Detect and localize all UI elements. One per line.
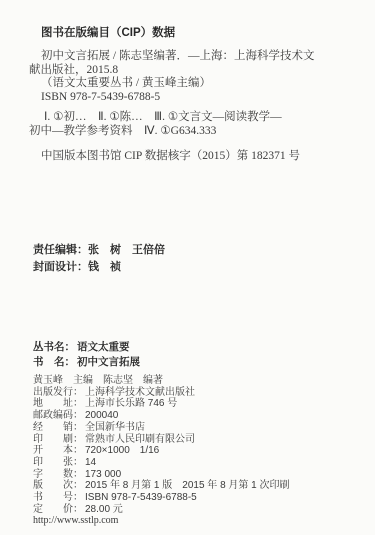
- publisher-website-url: http://www.sstlp.com: [33, 515, 355, 527]
- pub-row-publisher: 出版发行：上海科学技术文献出版社: [33, 387, 355, 399]
- pub-label-sheets: 印 张：: [33, 457, 85, 469]
- pub-value-printer: 常熟市人民印刷有限公司: [85, 434, 195, 445]
- pub-label-isbn: 书 号：: [33, 492, 85, 504]
- cip-classification-line-1: Ⅰ. ①初… Ⅱ. ①陈… Ⅲ. ①文言文—阅读教学—: [44, 111, 355, 125]
- pub-label-distributor: 经 销：: [33, 422, 85, 434]
- pub-value-postcode: 200040: [85, 410, 118, 421]
- pub-label-publisher: 出版发行：: [33, 387, 85, 399]
- cip-record-number: 中国版本图书馆 CIP 数据核字（2015）第 182371 号: [41, 150, 355, 164]
- cip-classification-line-2: 初中—教学参考资料 Ⅳ. ①G634.333: [29, 125, 355, 139]
- credits-editor-label: 责任编辑：: [33, 244, 88, 256]
- pub-value-isbn: ISBN 978-7-5439-6788-5: [85, 492, 197, 503]
- pub-value-edition: 2015 年 8 月第 1 版 2015 年 8 月第 1 次印刷: [85, 480, 290, 491]
- pub-label-wordcount: 字 数：: [33, 469, 85, 481]
- pub-row-sheets: 印 张：14: [33, 457, 355, 469]
- pub-label-edition: 版 次：: [33, 480, 85, 492]
- pub-label-format: 开 本：: [33, 445, 85, 457]
- pub-row-address: 地 址：上海市长乐路 746 号: [33, 398, 355, 410]
- pub-label-printer: 印 刷：: [33, 434, 85, 446]
- pub-label-address: 地 址：: [33, 398, 85, 410]
- credits-editor-value: 张 树 王倍倍: [88, 244, 165, 256]
- pub-label-price: 定 价：: [33, 504, 85, 516]
- pub-row-wordcount: 字 数：173 000: [33, 469, 355, 481]
- credits-row-cover: 封面设计：钱 祯: [33, 259, 355, 276]
- book-name-label: 书 名：: [33, 355, 77, 370]
- cip-block: 图书在版编目（CIP）数据 初中文言拓展 / 陈志坚编著．—上海：上海科学技术文…: [29, 26, 355, 163]
- credits-row-editor: 责任编辑：张 树 王倍倍: [33, 242, 355, 259]
- cip-classification: Ⅰ. ①初… Ⅱ. ①陈… Ⅲ. ①文言文—阅读教学— 初中—教学参考资料 Ⅳ.…: [29, 111, 355, 138]
- publication-block: 黄玉峰 主编 陈志坚 编著 出版发行：上海科学技术文献出版社 地 址：上海市长乐…: [33, 375, 355, 527]
- authors-line: 黄玉峰 主编 陈志坚 编著: [33, 375, 355, 387]
- series-name-label: 丛书名：: [33, 340, 77, 355]
- cip-description-line-1: 初中文言拓展 / 陈志坚编著．—上海：上海科学技术文: [41, 50, 355, 64]
- pub-value-address: 上海市长乐路 746 号: [85, 398, 177, 409]
- series-name-value: 语文太重要: [77, 341, 130, 353]
- pub-value-wordcount: 173 000: [85, 469, 121, 480]
- pub-row-price: 定 价：28.00 元: [33, 504, 355, 516]
- series-name-row: 丛书名：语文太重要: [33, 340, 355, 355]
- credits-cover-value: 钱 祯: [88, 261, 121, 273]
- book-name-row: 书 名：初中文言拓展: [33, 355, 355, 370]
- pub-row-distributor: 经 销：全国新华书店: [33, 422, 355, 434]
- credits-block: 责任编辑：张 树 王倍倍 封面设计：钱 祯: [33, 242, 355, 276]
- book-names-block: 丛书名：语文太重要 书 名：初中文言拓展: [33, 340, 355, 370]
- pub-value-price: 28.00 元: [85, 504, 123, 515]
- book-copyright-page: 图书在版编目（CIP）数据 初中文言拓展 / 陈志坚编著．—上海：上海科学技术文…: [0, 0, 375, 535]
- book-name-value: 初中文言拓展: [77, 356, 140, 368]
- pub-row-postcode: 邮政编码：200040: [33, 410, 355, 422]
- pub-row-isbn: 书 号：ISBN 978-7-5439-6788-5: [33, 492, 355, 504]
- cip-description-line-2: 献出版社，2015.8: [29, 64, 355, 78]
- cip-heading: 图书在版编目（CIP）数据: [41, 26, 355, 40]
- pub-row-format: 开 本：720×1000 1/16: [33, 445, 355, 457]
- cip-description: 初中文言拓展 / 陈志坚编著．—上海：上海科学技术文 献出版社，2015.8 （…: [29, 50, 355, 104]
- pub-label-postcode: 邮政编码：: [33, 410, 85, 422]
- pub-value-distributor: 全国新华书店: [85, 422, 145, 433]
- cip-isbn: ISBN 978-7-5439-6788-5: [41, 91, 355, 105]
- cip-series-note: （语文太重要丛书 / 黄玉峰主编）: [41, 77, 355, 91]
- pub-value-publisher: 上海科学技术文献出版社: [85, 387, 195, 398]
- pub-row-edition: 版 次：2015 年 8 月第 1 版 2015 年 8 月第 1 次印刷: [33, 480, 355, 492]
- pub-value-sheets: 14: [85, 457, 96, 468]
- pub-row-printer: 印 刷：常熟市人民印刷有限公司: [33, 434, 355, 446]
- credits-cover-label: 封面设计：: [33, 261, 88, 273]
- pub-value-format: 720×1000 1/16: [85, 445, 159, 456]
